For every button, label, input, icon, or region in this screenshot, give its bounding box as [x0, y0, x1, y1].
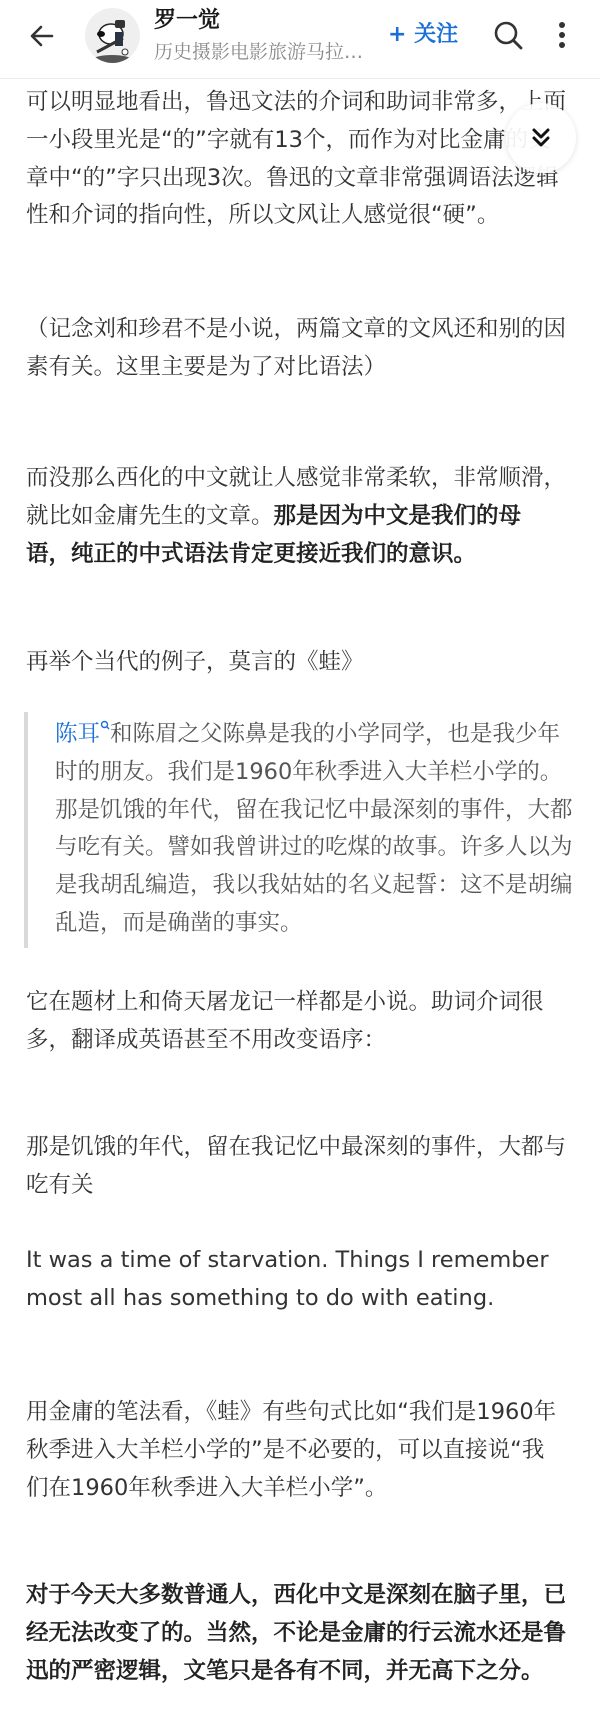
paragraph-6: 那是饥饿的年代，留在我记忆中最深刻的事件，大都与吃有关	[26, 1129, 566, 1205]
avatar-dog-icon	[85, 8, 140, 63]
paragraph-9: 对于今天大多数普通人，西化中文是深刻在脑子里，已经无法改变了的。当然，不论是金庸…	[26, 1577, 566, 1690]
back-button[interactable]	[24, 18, 60, 54]
more-button[interactable]	[552, 18, 572, 52]
author-name[interactable]: 罗一觉	[154, 6, 220, 36]
avatar[interactable]	[85, 8, 140, 63]
quote-body: 和陈眉之父陈鼻是我的小学同学，也是我少年时的朋友。我们是1960年秋季进入大羊栏…	[55, 721, 573, 936]
quote-text: 陈耳和陈眉之父陈鼻是我的小学同学，也是我少年时的朋友。我们是1960年秋季进入大…	[55, 716, 575, 943]
paragraph-3: 而没那么西化的中文就让人感觉非常柔软，非常顺滑，就比如金庸先生的文章。那是因为中…	[26, 460, 566, 573]
more-vertical-icon	[552, 18, 572, 52]
paragraph-4: 再举个当代的例子，莫言的《蛙》	[26, 644, 566, 682]
author-subtitle: 历史摄影电影旅游马拉…	[154, 38, 384, 66]
collapse-button[interactable]	[506, 103, 576, 173]
follow-button[interactable]: + 关注	[388, 18, 458, 52]
paragraph-7: It was a time of starvation. Things I re…	[26, 1242, 566, 1318]
paragraph-8: 用金庸的笔法看，《蛙》有些句式比如“我们是1960年秋季进入大羊栏小学的”是不必…	[26, 1394, 566, 1507]
paragraph-1: 可以明显地看出，鲁迅文法的介词和助词非常多，上面一小段里光是“的”字就有13个，…	[26, 84, 566, 235]
paragraph-2: （记念刘和珍君不是小说，两篇文章的文风还和别的因素有关。这里主要是为了对比语法）	[26, 311, 566, 387]
paragraph-5: 它在题材上和倚天屠龙记一样都是小说。助词介词很多，翻译成英语甚至不用改变语序：	[26, 984, 566, 1060]
chevrons-down-icon	[506, 103, 576, 173]
top-bar: 罗一觉 历史摄影电影旅游马拉… + 关注	[0, 0, 600, 79]
blockquote: 陈耳和陈眉之父陈鼻是我的小学同学，也是我少年时的朋友。我们是1960年秋季进入大…	[24, 712, 578, 948]
search-icon	[491, 18, 525, 52]
arrow-left-icon	[24, 18, 60, 54]
search-button[interactable]	[491, 18, 525, 52]
quote-link[interactable]: 陈耳	[55, 721, 100, 747]
search-link-icon	[100, 720, 110, 732]
